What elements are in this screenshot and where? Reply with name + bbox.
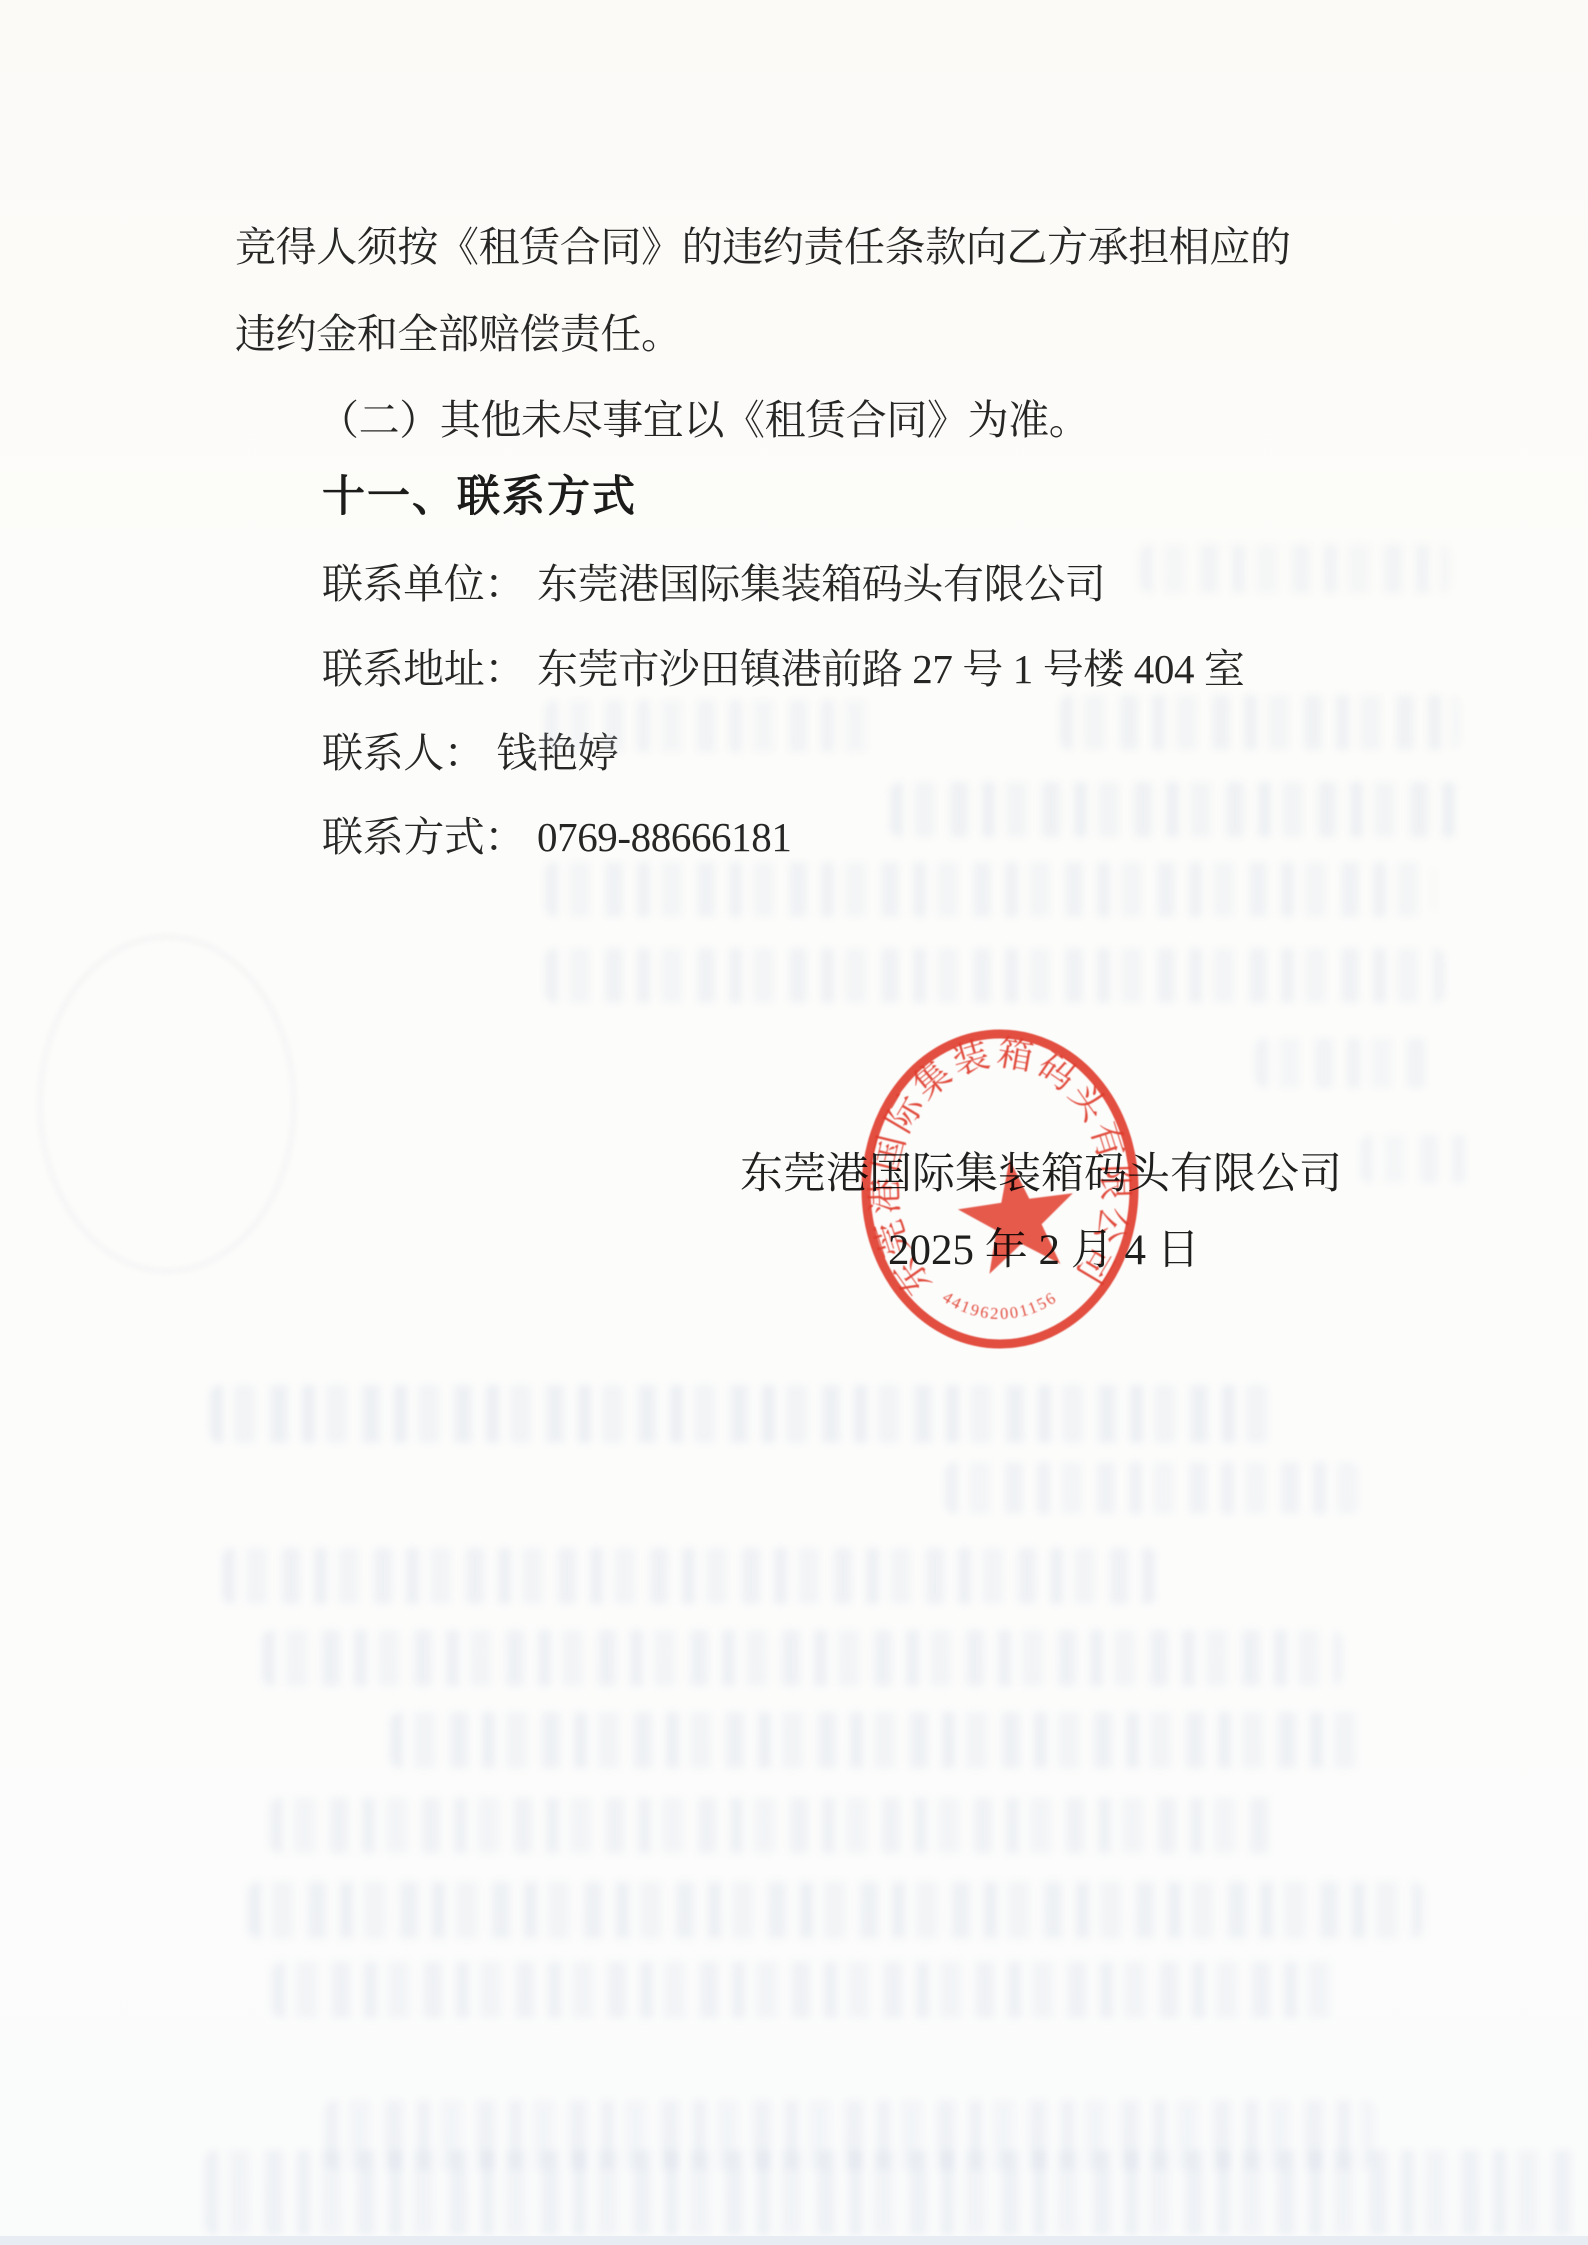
contact-address-label: 联系地址： <box>322 646 525 692</box>
contact-phone-row: 联系方式：0769-88666181 <box>322 804 791 863</box>
bleed-through-smudge <box>272 1962 1337 2018</box>
svg-text:441962001156: 441962001156 <box>939 1287 1060 1323</box>
bleed-through-smudge <box>1360 1135 1470 1183</box>
paragraph-line-3: （二）其他未尽事宜以《租赁合同》为准。 <box>318 387 1089 446</box>
contact-phone-label: 联系方式： <box>322 814 525 860</box>
bleed-through-smudge <box>890 782 1460 837</box>
section-heading: 十一、联系方式 <box>322 463 637 524</box>
paragraph-line-2: 违约金和全部赔偿责任。 <box>235 301 682 360</box>
paragraph-line-1: 竞得人须按《租赁合同》的违约责任条款向乙方承担相应的 <box>235 214 1291 273</box>
scanned-document-page: 竞得人须按《租赁合同》的违约责任条款向乙方承担相应的 违约金和全部赔偿责任。 （… <box>0 0 1588 2245</box>
bleed-through-smudge <box>248 1882 1423 1938</box>
bleed-through-smudge <box>262 1630 1342 1686</box>
bleed-through-smudge <box>1255 1038 1430 1088</box>
bleed-through-smudge <box>1140 545 1450 593</box>
contact-address-value: 东莞市沙田镇港前路 27 号 1 号楼 404 室 <box>537 646 1245 692</box>
bleed-through-seal-outline <box>38 935 296 1273</box>
bleed-through-smudge <box>1060 695 1460 750</box>
bleed-through-smudge <box>945 1462 1360 1514</box>
bleed-through-smudge <box>270 1798 1280 1853</box>
bleed-through-smudge <box>222 1548 1157 1604</box>
bleed-through-smudge <box>205 2150 1580 2235</box>
scan-bottom-edge <box>0 2236 1588 2245</box>
signature-date: 2025 年 2 月 4 日 <box>888 1216 1200 1277</box>
bleed-through-smudge <box>545 862 1435 917</box>
contact-unit-row: 联系单位：东莞港国际集装箱码头有限公司 <box>322 551 1105 610</box>
signature-company: 东莞港国际集装箱码头有限公司 <box>740 1140 1342 1201</box>
bleed-through-smudge <box>545 948 1445 1003</box>
contact-address-row: 联系地址：东莞市沙田镇港前路 27 号 1 号楼 404 室 <box>322 636 1245 695</box>
bleed-through-smudge <box>545 700 875 752</box>
contact-unit-value: 东莞港国际集装箱码头有限公司 <box>537 561 1105 607</box>
bleed-through-smudge <box>390 1712 1365 1768</box>
bleed-through-smudge <box>210 1385 1275 1443</box>
contact-phone-value: 0769-88666181 <box>537 814 791 860</box>
contact-unit-label: 联系单位： <box>322 561 525 607</box>
seal-serial-number: 441962001156 <box>939 1287 1060 1323</box>
contact-person-label: 联系人： <box>322 730 484 776</box>
